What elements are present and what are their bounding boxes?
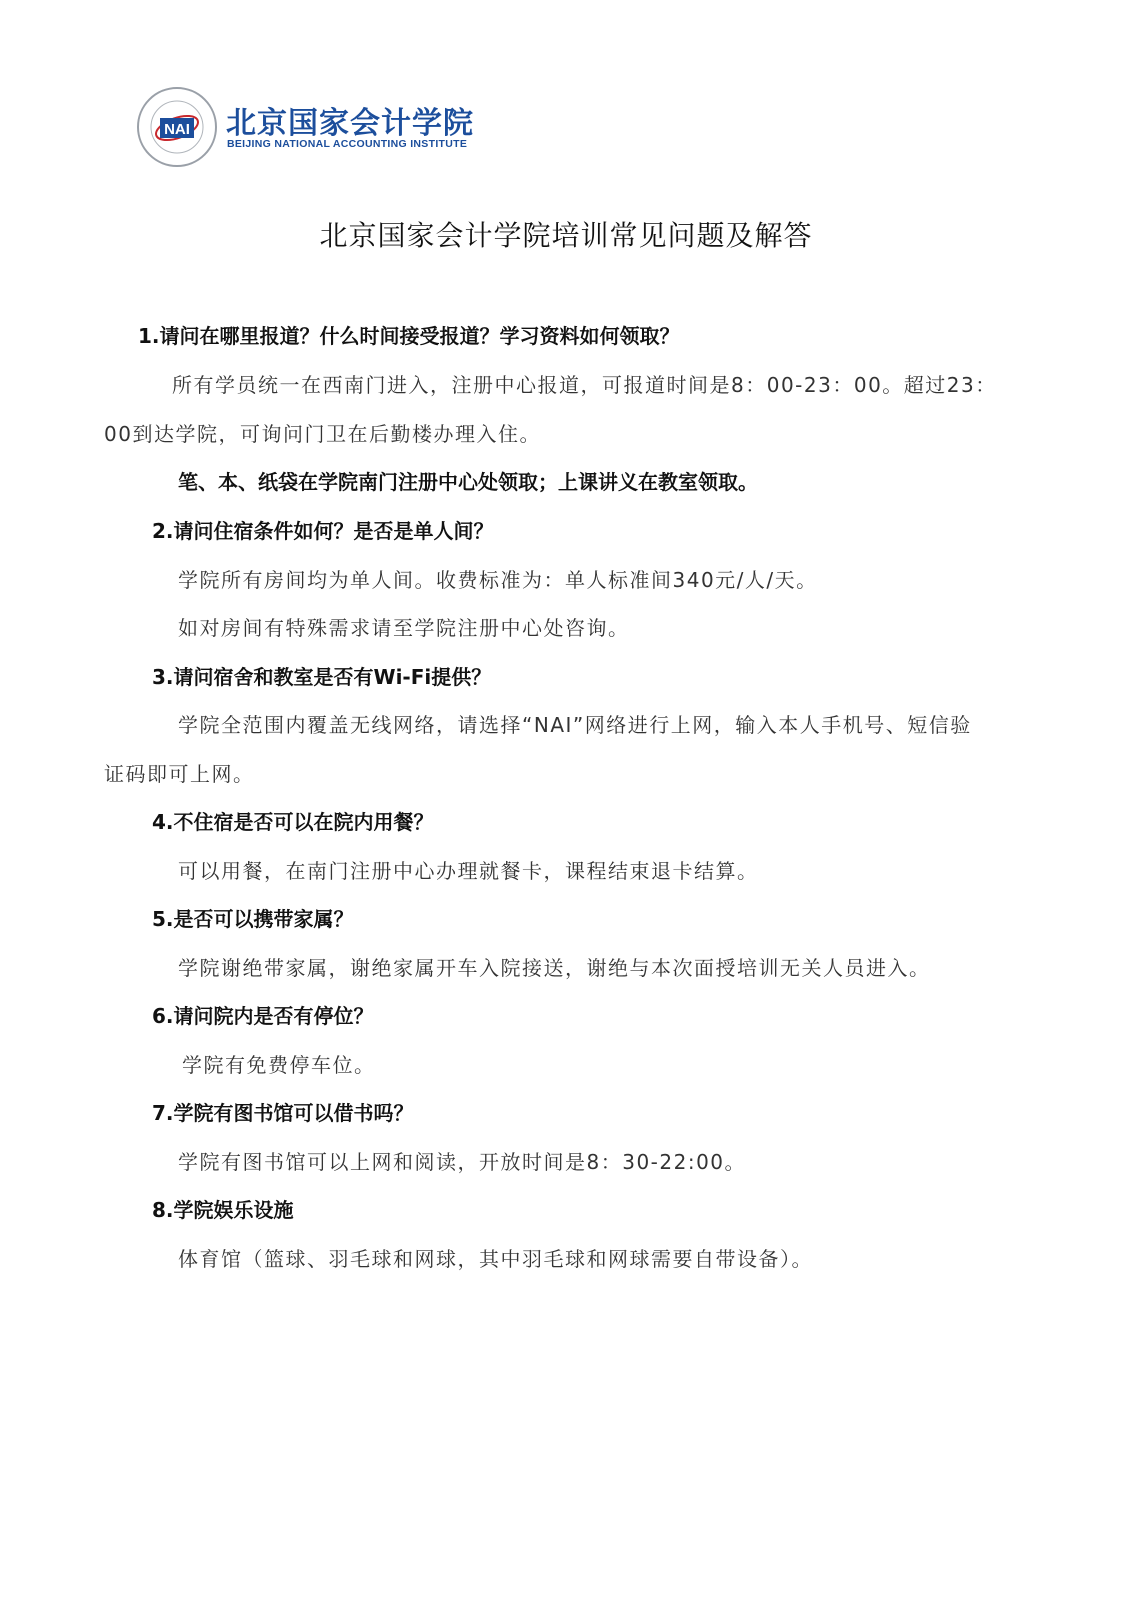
question-1: 1.请问在哪里报道？什么时间接受报道？学习资料如何领取？	[138, 320, 680, 349]
answer-4: 可以用餐，在南门注册中心办理就餐卡，课程结束退卡结算。	[178, 855, 759, 884]
question-2: 2.请问住宿条件如何？是否是单人间？	[152, 515, 494, 544]
answer-6: 学院有免费停车位。	[182, 1049, 376, 1078]
answer-2-line-2: 如对房间有特殊需求请至学院注册中心处咨询。	[178, 612, 630, 641]
answer-8: 体育馆（篮球、羽毛球和网球，其中羽毛球和网球需要自带设备）。	[178, 1243, 813, 1272]
answer-3-line-2: 证码即可上网。	[104, 758, 255, 787]
logo-english-name: BEIJING NATIONAL ACCOUNTING INSTITUTE	[227, 138, 467, 150]
logo-chinese-name: 北京国家会计学院	[226, 98, 474, 142]
document-title: 北京国家会计学院培训常见问题及解答	[0, 214, 1132, 254]
svg-text:NAI: NAI	[164, 121, 190, 138]
answer-1-line-3: 笔、本、纸袋在学院南门注册中心处领取；上课讲义在教室领取。	[178, 466, 758, 495]
question-8: 8.学院娱乐设施	[152, 1194, 294, 1223]
answer-1-line-1: 所有学员统一在西南门进入，注册中心报道，可报道时间是8：00-23：00。超过2…	[172, 369, 997, 398]
institute-logo: NAI 北京国家会计学院 BEIJING NATIONAL ACCOUNTING…	[136, 86, 466, 170]
question-7: 7.学院有图书馆可以借书吗？	[152, 1097, 414, 1126]
question-6: 6.请问院内是否有停位？	[152, 1000, 374, 1029]
question-5: 5.是否可以携带家属？	[152, 903, 354, 932]
answer-7: 学院有图书馆可以上网和阅读，开放时间是8：30-22:00。	[178, 1146, 746, 1175]
answer-5: 学院谢绝带家属，谢绝家属开车入院接送，谢绝与本次面授培训无关人员进入。	[178, 952, 931, 981]
answer-2-line-1: 学院所有房间均为单人间。收费标准为：单人标准间340元/人/天。	[178, 564, 818, 593]
answer-3-line-1: 学院全范围内覆盖无线网络，请选择“NAI”网络进行上网，输入本人手机号、短信验	[178, 709, 972, 738]
answer-1-line-2: 00到达学院，可询问门卫在后勤楼办理入住。	[104, 418, 541, 447]
seal-icon: NAI	[136, 86, 218, 168]
question-4: 4.不住宿是否可以在院内用餐？	[152, 806, 434, 835]
question-3: 3.请问宿舍和教室是否有Wi-Fi提供？	[152, 661, 491, 690]
